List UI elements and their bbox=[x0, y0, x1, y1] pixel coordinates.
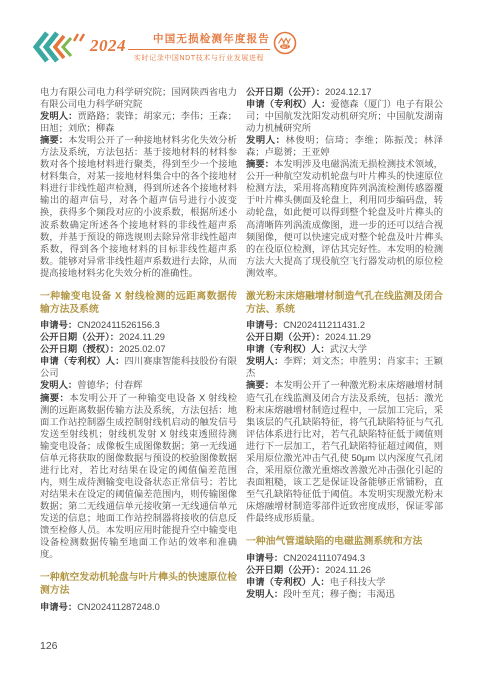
report-title: 中国无损检测年度报告 bbox=[128, 31, 270, 50]
field-label: 公开日期（公开）： bbox=[40, 332, 119, 342]
patent-entry-aeroengine-disc-cont: 公开日期（公开）：2024.12.17 申请（专利权）人：爱德森（厦门）电子有限… bbox=[246, 86, 443, 279]
field-application-number: 申请号：CN202411287248.0 bbox=[40, 601, 237, 613]
entry-title: 一种油气管道缺陷的电磁监测系统和方法 bbox=[246, 535, 443, 548]
field-application-number: 申请号：CN202411107494.3 bbox=[246, 552, 443, 564]
field-publication-date: 公开日期（公开）：2024.12.17 bbox=[246, 86, 443, 98]
field-inventors: 发明人：贾路路；裴锋；胡家元；李伟；王森；田旭；刘欣；柳森 bbox=[40, 110, 237, 134]
field-label: 公开日期（公开）： bbox=[246, 565, 325, 575]
year-label: 2024 bbox=[90, 36, 126, 56]
applicant-continuation: 电力有限公司电力科学研究院；国网陕西省电力有限公司电力科学研究院 bbox=[40, 86, 237, 110]
field-grant-date: 公开日期（授权）：2025.02.07 bbox=[40, 343, 237, 355]
field-value: CN202411211431.2 bbox=[283, 320, 365, 330]
field-abstract: 摘要：本发明公开了一种输变电设备 X 射线检测的远距离数据传输方法及系统，方法包… bbox=[40, 392, 237, 561]
field-abstract: 摘要：本发明公开了一种接地材料劣化失效分析方法及系统，方法包括：基于接地材料的材… bbox=[40, 134, 237, 279]
field-label: 申请号： bbox=[246, 320, 283, 330]
field-label: 发明人： bbox=[246, 589, 283, 599]
field-label: 申请（专利权）人： bbox=[246, 99, 330, 109]
entry-title: 一种输变电设备 X 射线检测的远距离数据传输方法及系统 bbox=[40, 290, 237, 316]
field-label: 申请（专利权）人： bbox=[246, 344, 330, 354]
left-column: 电力有限公司电力科学研究院；国网陕西省电力有限公司电力科学研究院 发明人：贾路路… bbox=[40, 86, 237, 613]
patent-entry-grounding: 电力有限公司电力科学研究院；国网陕西省电力有限公司电力科学研究院 发明人：贾路路… bbox=[40, 86, 237, 279]
field-inventors: 发明人：李辉；刘文杰；申胜男；肖家丰；王颖杰 bbox=[246, 355, 443, 379]
field-value: 本发明公开了一种输变电设备 X 射线检测的远距离数据传输方法及系统，方法包括：地… bbox=[40, 393, 237, 560]
field-abstract: 摘要：本发明涉及电磁涡流无损检测技术领域，公开一种航空发动机轮盘与叶片榫头的快速… bbox=[246, 158, 443, 278]
field-application-number: 申请号：CN202411211431.2 bbox=[246, 319, 443, 331]
patent-entry-pipeline-emag: 一种油气管道缺陷的电磁监测系统和方法 申请号：CN202411107494.3 … bbox=[246, 535, 443, 600]
field-value: 武汉大学 bbox=[330, 344, 367, 354]
field-value: 2024.11.29 bbox=[325, 332, 371, 342]
field-label: 发明人： bbox=[40, 111, 78, 121]
patent-entry-laser-powder-bed: 激光粉末床熔融增材制造气孔在线监测及闭合方法、系统 申请号：CN20241121… bbox=[246, 290, 443, 524]
report-subtitle: 实时记录中国NDT技术与行业发展进程 bbox=[128, 53, 270, 63]
report-header: 2024 中国无损检测年度报告 实时记录中国NDT技术与行业发展进程 NDT bbox=[32, 28, 272, 64]
field-value: 2024.11.29 bbox=[119, 332, 165, 342]
field-label: 公开日期（公开）： bbox=[246, 87, 325, 97]
field-value: 本发明公开了一种激光粉末床熔融增材制造气孔在线监测及闭合方法及系统，包括：激光粉… bbox=[246, 380, 443, 523]
right-column: 公开日期（公开）：2024.12.17 申请（专利权）人：爱德森（厦门）电子有限… bbox=[246, 86, 443, 613]
report-page: 2024 中国无损检测年度报告 实时记录中国NDT技术与行业发展进程 NDT 电… bbox=[0, 0, 480, 673]
field-value: 2024.11.26 bbox=[325, 565, 371, 575]
field-label: 发明人： bbox=[40, 380, 77, 390]
field-applicant: 申请（专利权）人：电子科技大学 bbox=[246, 576, 443, 588]
svg-text:NDT: NDT bbox=[282, 45, 289, 49]
field-publication-date: 公开日期（公开）：2024.11.29 bbox=[246, 331, 443, 343]
field-applicant: 申请（专利权）人：武汉大学 bbox=[246, 343, 443, 355]
field-value: 电子科技大学 bbox=[330, 577, 386, 587]
field-publication-date: 公开日期（公开）：2024.11.29 bbox=[40, 331, 237, 343]
field-label: 申请号： bbox=[40, 602, 77, 612]
field-publication-date: 公开日期（公开）：2024.11.26 bbox=[246, 564, 443, 576]
field-value: 本发明公开了一种接地材料劣化失效分析方法及系统，方法包括：基于接地材料的材料参数… bbox=[40, 135, 237, 278]
field-value: 曾德华；付春辉 bbox=[77, 380, 142, 390]
field-label: 公开日期（授权）： bbox=[40, 344, 119, 354]
field-inventors: 发明人：林俊明；信琦；李维；陈振茂；林泽森；卢聪赟；王亚婷 bbox=[246, 134, 443, 158]
field-applicant: 申请（专利权）人：爱德森（厦门）电子有限公司；中国航发沈阳发动机研究所；中国航发… bbox=[246, 98, 443, 134]
ndt-logo-icon: NDT bbox=[273, 31, 297, 55]
field-label: 发明人： bbox=[246, 135, 286, 145]
field-value: CN202411287248.0 bbox=[77, 602, 160, 612]
field-value: 2025.02.07 bbox=[119, 344, 166, 354]
field-label: 发明人： bbox=[246, 356, 284, 366]
field-label: 申请号： bbox=[246, 553, 283, 563]
field-label: 申请号： bbox=[40, 320, 77, 330]
chevrons-icon bbox=[32, 30, 90, 64]
patent-entry-xray-transmission: 一种输变电设备 X 射线检测的远距离数据传输方法及系统 申请号：CN202411… bbox=[40, 290, 237, 560]
field-label: 申请（专利权）人： bbox=[246, 577, 330, 587]
patent-listing: 电力有限公司电力科学研究院；国网陕西省电力有限公司电力科学研究院 发明人：贾路路… bbox=[40, 86, 444, 613]
field-label: 摘要： bbox=[246, 159, 274, 169]
field-label: 摘要： bbox=[40, 393, 69, 403]
field-applicant: 申请（专利权）人：四川赛康智能科技股份有限公司 bbox=[40, 355, 237, 379]
field-value: CN202411107494.3 bbox=[283, 553, 365, 563]
field-inventors: 发明人：段叶至芃；穆子衡；韦渴迅 bbox=[246, 588, 443, 600]
field-label: 摘要： bbox=[40, 135, 68, 145]
entry-title: 激光粉末床熔融增材制造气孔在线监测及闭合方法、系统 bbox=[246, 290, 443, 316]
entry-title: 一种航空发动机轮盘与叶片榫头的快速原位检测方法 bbox=[40, 571, 237, 597]
field-abstract: 摘要：本发明公开了一种激光粉末床熔融增材制造气孔在线监测及闭合方法及系统，包括：… bbox=[246, 379, 443, 524]
field-label: 申请（专利权）人： bbox=[40, 356, 124, 366]
field-value: 电力有限公司电力科学研究院；国网陕西省电力有限公司电力科学研究院 bbox=[40, 87, 237, 109]
field-label: 摘要： bbox=[246, 380, 274, 390]
field-value: 段叶至芃；穆子衡；韦渴迅 bbox=[283, 589, 395, 599]
field-value: CN202411526156.3 bbox=[77, 320, 160, 330]
field-inventors: 发明人：曾德华；付春辉 bbox=[40, 379, 237, 391]
field-value: 2024.12.17 bbox=[325, 87, 372, 97]
field-value: 本发明涉及电磁涡流无损检测技术领域，公开一种航空发动机轮盘与叶片榫头的快速原位检… bbox=[246, 159, 443, 277]
page-number: 126 bbox=[40, 640, 58, 652]
field-label: 公开日期（公开）： bbox=[246, 332, 325, 342]
header-title-block: 中国无损检测年度报告 实时记录中国NDT技术与行业发展进程 bbox=[128, 31, 270, 63]
field-application-number: 申请号：CN202411526156.3 bbox=[40, 319, 237, 331]
patent-entry-aeroengine-disc: 一种航空发动机轮盘与叶片榫头的快速原位检测方法 申请号：CN2024112872… bbox=[40, 571, 237, 613]
